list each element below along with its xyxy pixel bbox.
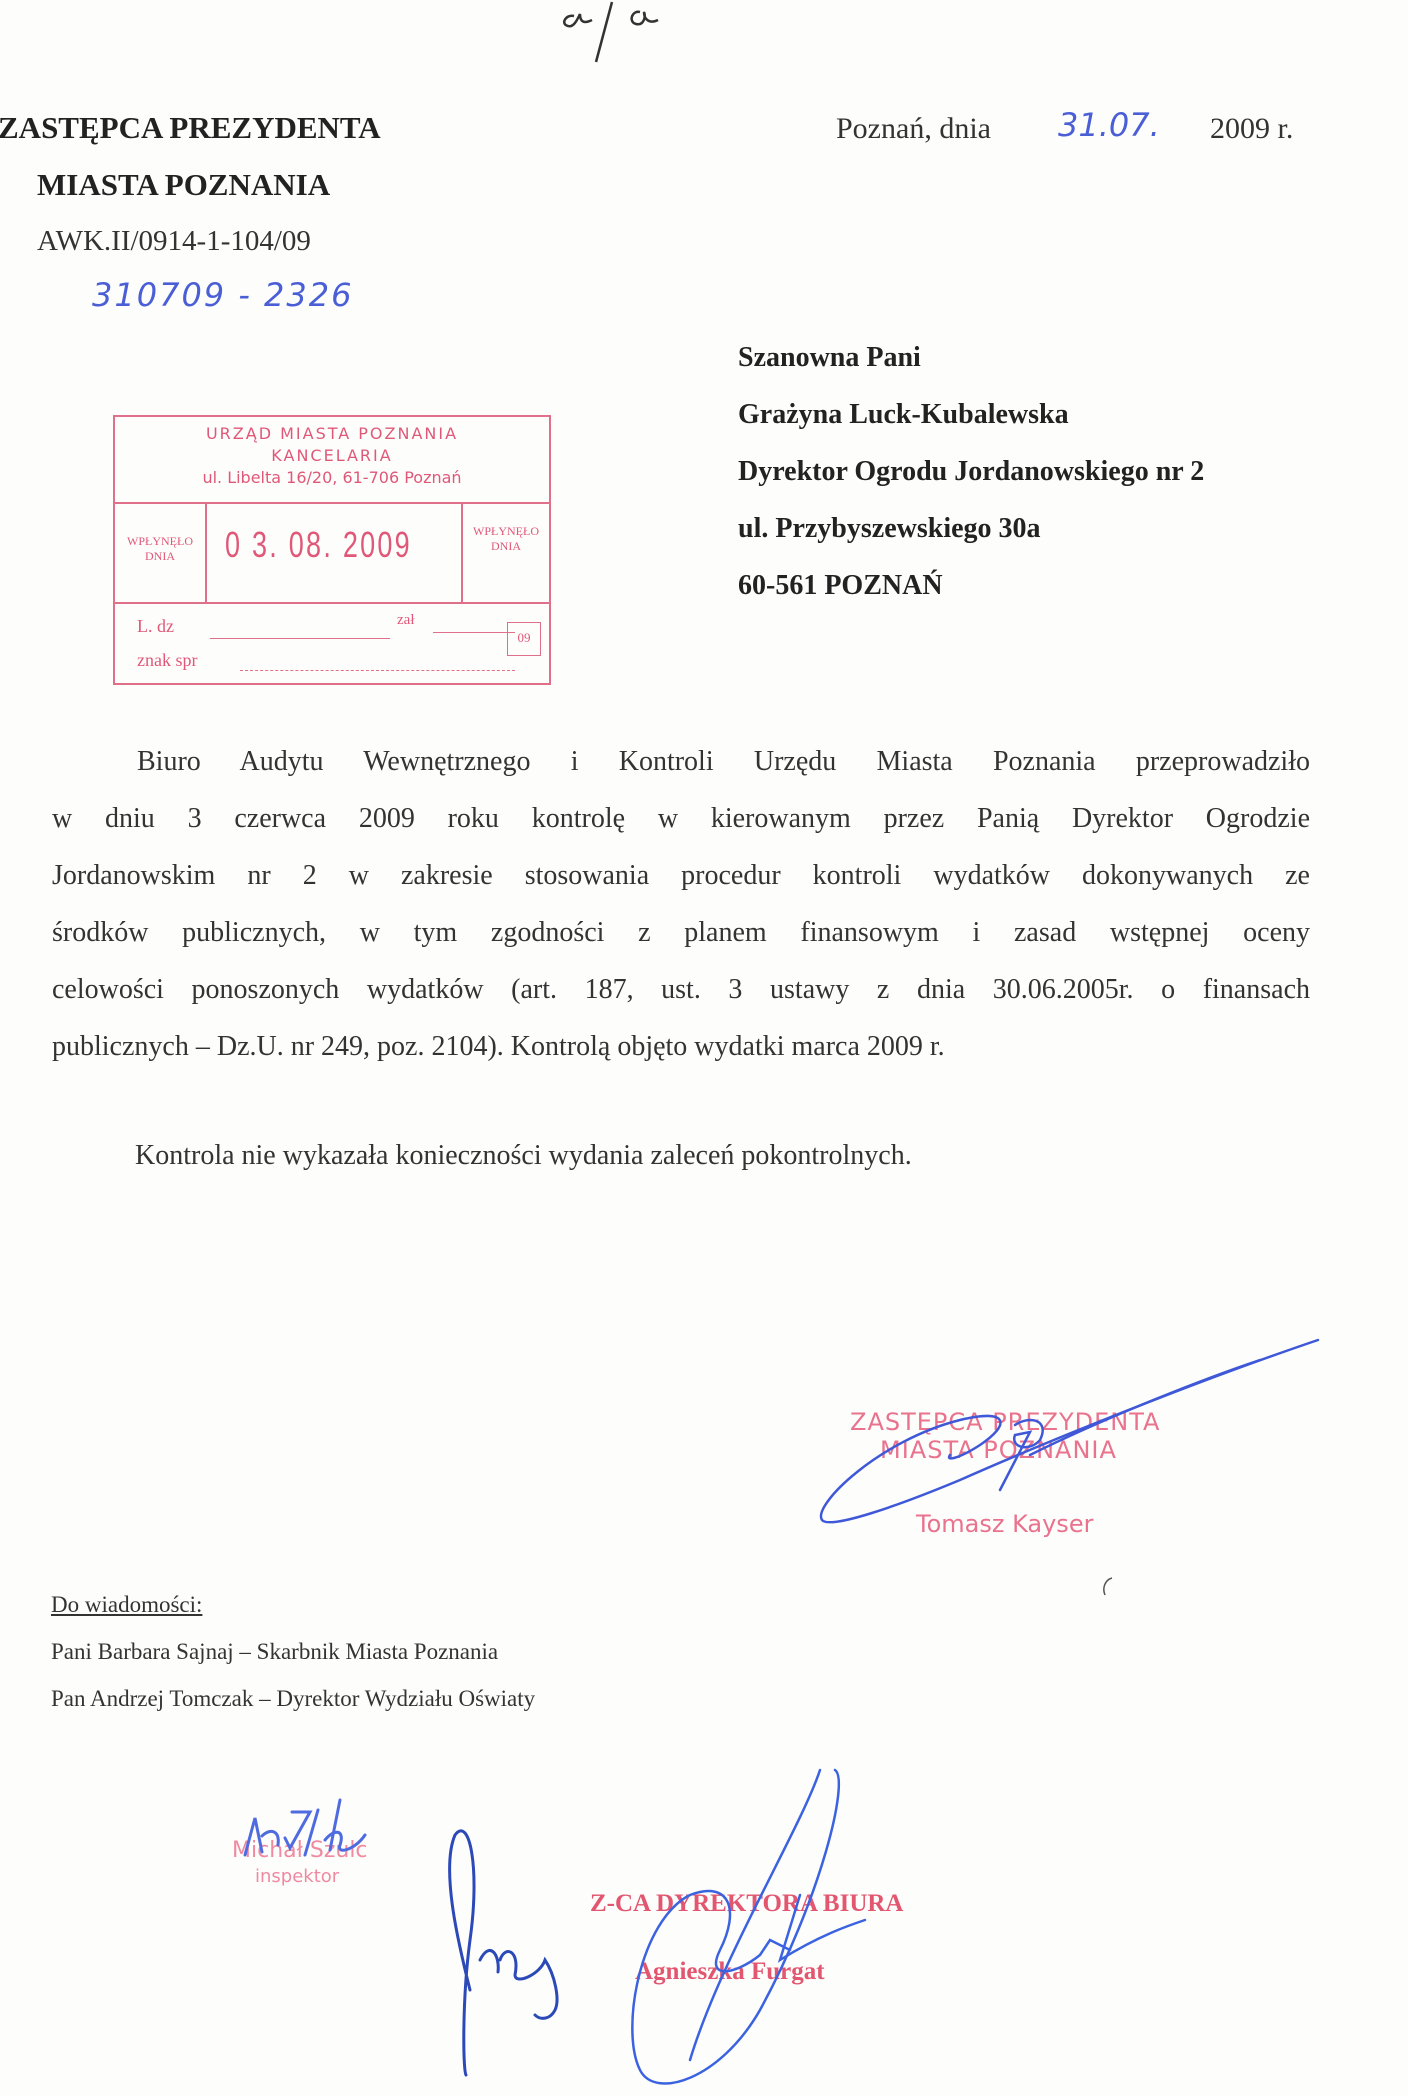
stamp-znak-label: znak spr bbox=[137, 650, 197, 671]
cc-list: Do wiadomości: Pani Barbara Sajnaj – Ska… bbox=[51, 1592, 535, 1733]
recipient-name: Grażyna Luck-Kubalewska bbox=[738, 395, 1204, 452]
signature-furgat-icon bbox=[632, 1770, 865, 2084]
stamp-received-label-left: WPŁYNĘŁO DNIA bbox=[115, 502, 207, 602]
recipient-street: ul. Przybyszewskiego 30a bbox=[738, 509, 1204, 566]
body-line: Jordanowskim nr 2 w zakresie stosowania … bbox=[52, 854, 1310, 911]
recipient-salutation: Szanowna Pani bbox=[738, 338, 1204, 395]
inspector-name: Michał Szulc bbox=[232, 1838, 368, 1863]
stamp-date-row: WPŁYNĘŁO DNIA 0 3. 08. 2009 WPŁYNĘŁO DNI… bbox=[115, 502, 549, 604]
stamp-zal-label: zał bbox=[397, 612, 414, 629]
stamp-header: URZĄD MIASTA POZNANIA KANCELARIA ul. Lib… bbox=[115, 417, 549, 504]
handwritten-registration-number: 310709 - 2326 bbox=[92, 276, 353, 314]
recipient-position: Dyrektor Ogrodu Jordanowskiego nr 2 bbox=[738, 452, 1204, 509]
signatory-name: Tomasz Kayser bbox=[916, 1510, 1093, 1538]
signature-middle-icon bbox=[450, 1831, 557, 2075]
stamp-znak-field bbox=[240, 670, 515, 671]
body-line: w dniu 3 czerwca 2009 roku kontrolę w ki… bbox=[52, 797, 1310, 854]
date-year: 2009 r. bbox=[1210, 112, 1293, 146]
letter-body: Biuro Audytu Wewnętrznego i Kontroli Urz… bbox=[52, 740, 1310, 1082]
recipient-city: 60-561 POZNAŃ bbox=[738, 566, 1204, 623]
deputy-director-title: Z-CA DYREKTORA BIURA bbox=[590, 1890, 903, 1918]
stamp-received-label-right: WPŁYNĘŁO DNIA bbox=[461, 502, 549, 602]
stamp-zal-field bbox=[433, 632, 515, 633]
stamp-label-text: WPŁYNĘŁO bbox=[115, 534, 205, 549]
stamp-received-date: 0 3. 08. 2009 bbox=[225, 524, 412, 566]
cc-item: Pani Barbara Sajnaj – Skarbnik Miasta Po… bbox=[51, 1639, 535, 1686]
cc-item: Pan Andrzej Tomczak – Dyrektor Wydziału … bbox=[51, 1686, 535, 1733]
handwritten-aa-icon bbox=[560, 0, 670, 70]
cc-title: Do wiadomości: bbox=[51, 1592, 535, 1639]
recipient-address: Szanowna Pani Grażyna Luck-Kubalewska Dy… bbox=[738, 338, 1204, 623]
place-date-label: Poznań, dnia bbox=[836, 112, 991, 146]
stamp-label-text: DNIA bbox=[463, 539, 549, 554]
stamp-ldz-field bbox=[210, 638, 390, 639]
body-line: środków publicznych, w tym zgodności z p… bbox=[52, 911, 1310, 968]
stamp-box: 09 bbox=[507, 622, 541, 656]
body-line: celowości ponoszonych wydatków (art. 187… bbox=[52, 968, 1310, 1025]
stamp-label-text: DNIA bbox=[115, 549, 205, 564]
received-stamp: URZĄD MIASTA POZNANIA KANCELARIA ul. Lib… bbox=[113, 415, 551, 685]
handwritten-annotation bbox=[560, 0, 670, 75]
inspector-role: inspektor bbox=[255, 1866, 339, 1887]
signatory-title-line2: MIASTA POZNANIA bbox=[880, 1436, 1117, 1464]
sender-title-line2: MIASTA POZNANIA bbox=[37, 167, 330, 203]
reference-number: AWK.II/0914-1-104/09 bbox=[37, 225, 311, 258]
handwritten-date: 31.07. bbox=[1058, 106, 1160, 144]
signatory-title-line1: ZASTĘPCA PREZYDENTA bbox=[850, 1408, 1160, 1436]
sender-title-line1: ZASTĘPCA PREZYDENTA bbox=[0, 110, 381, 146]
body-line: Biuro Audytu Wewnętrznego i Kontroli Urz… bbox=[52, 740, 1310, 797]
stamp-registry-row: L. dz zał znak spr 09 bbox=[115, 604, 549, 684]
deputy-director-name: Agnieszka Furgat bbox=[635, 1958, 825, 1986]
body-line: publicznych – Dz.U. nr 249, poz. 2104). … bbox=[52, 1025, 1310, 1082]
closing-statement: Kontrola nie wykazała konieczności wydan… bbox=[135, 1140, 912, 1172]
stamp-ldz-label: L. dz bbox=[137, 616, 174, 637]
stamp-department: KANCELARIA bbox=[115, 445, 549, 467]
stamp-label-text: WPŁYNĘŁO bbox=[463, 524, 549, 539]
stray-mark-icon bbox=[1104, 1578, 1112, 1595]
stamp-address: ul. Libelta 16/20, 61-706 Poznań bbox=[115, 467, 549, 489]
stamp-office: URZĄD MIASTA POZNANIA bbox=[115, 423, 549, 445]
